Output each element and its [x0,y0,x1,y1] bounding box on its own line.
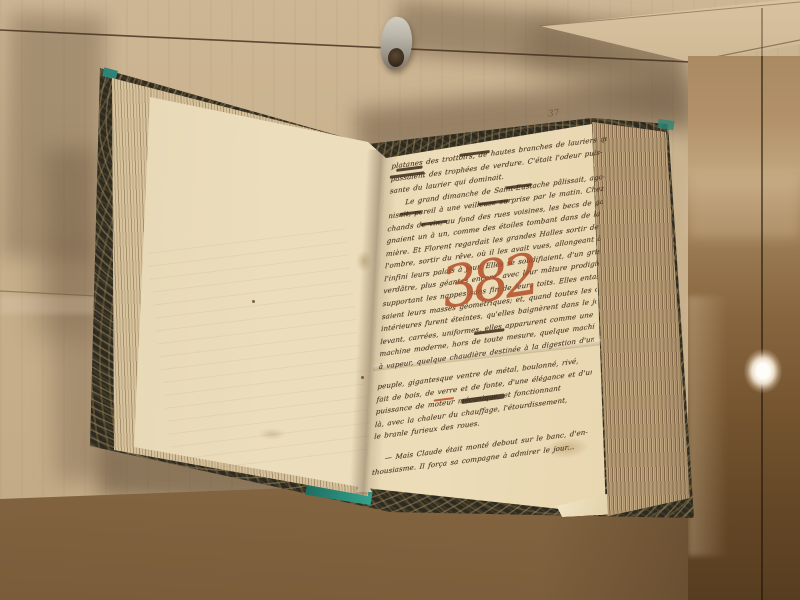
panel-reflection-band [688,174,800,238]
page-stain [258,428,286,440]
back-panel-seam [0,291,97,296]
museum-display-case-photo: platanes des trottoirs, de hautes branch… [0,0,800,600]
left-page-ink-showthrough [147,229,374,482]
mount-peg-hole [387,47,405,68]
glass-edge-line [761,56,763,600]
ceiling-seam [540,2,800,26]
light-reflection-spot [738,342,788,400]
panel-wall-reflection [688,296,728,556]
page-speck [252,300,255,303]
red-folio-number: 382 [437,241,551,355]
suspension-wire [0,30,690,62]
glossy-side-panel [688,56,800,600]
page-number: 37 [547,108,560,119]
